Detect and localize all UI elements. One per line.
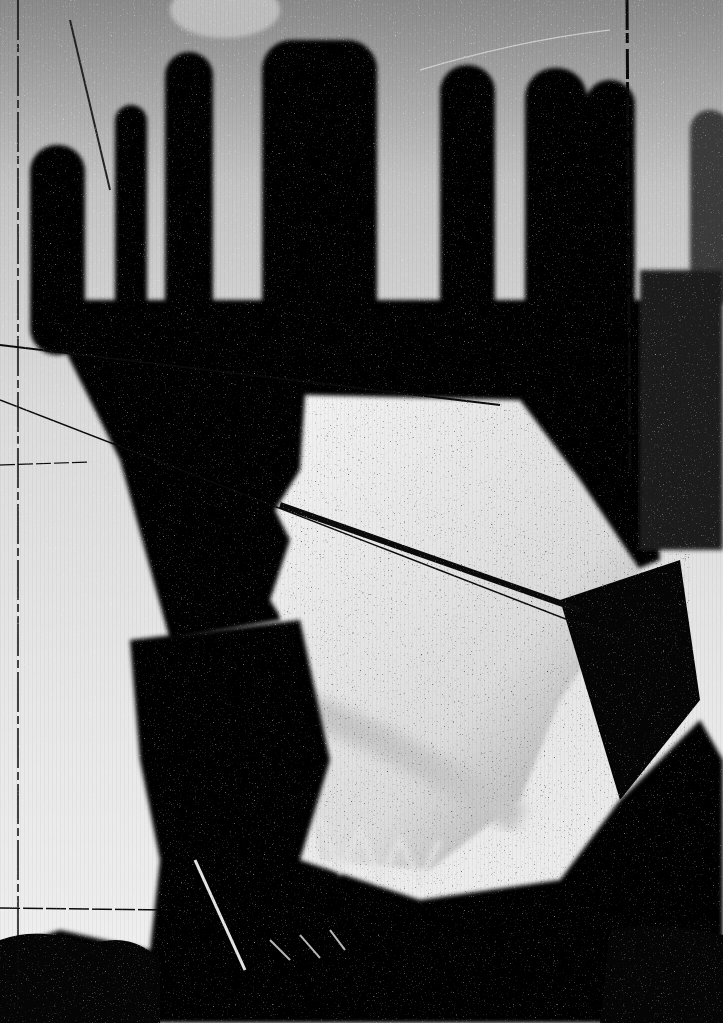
double-exposure-artwork <box>0 0 723 1023</box>
dark-grain <box>250 380 650 880</box>
artwork-canvas <box>0 0 723 1023</box>
